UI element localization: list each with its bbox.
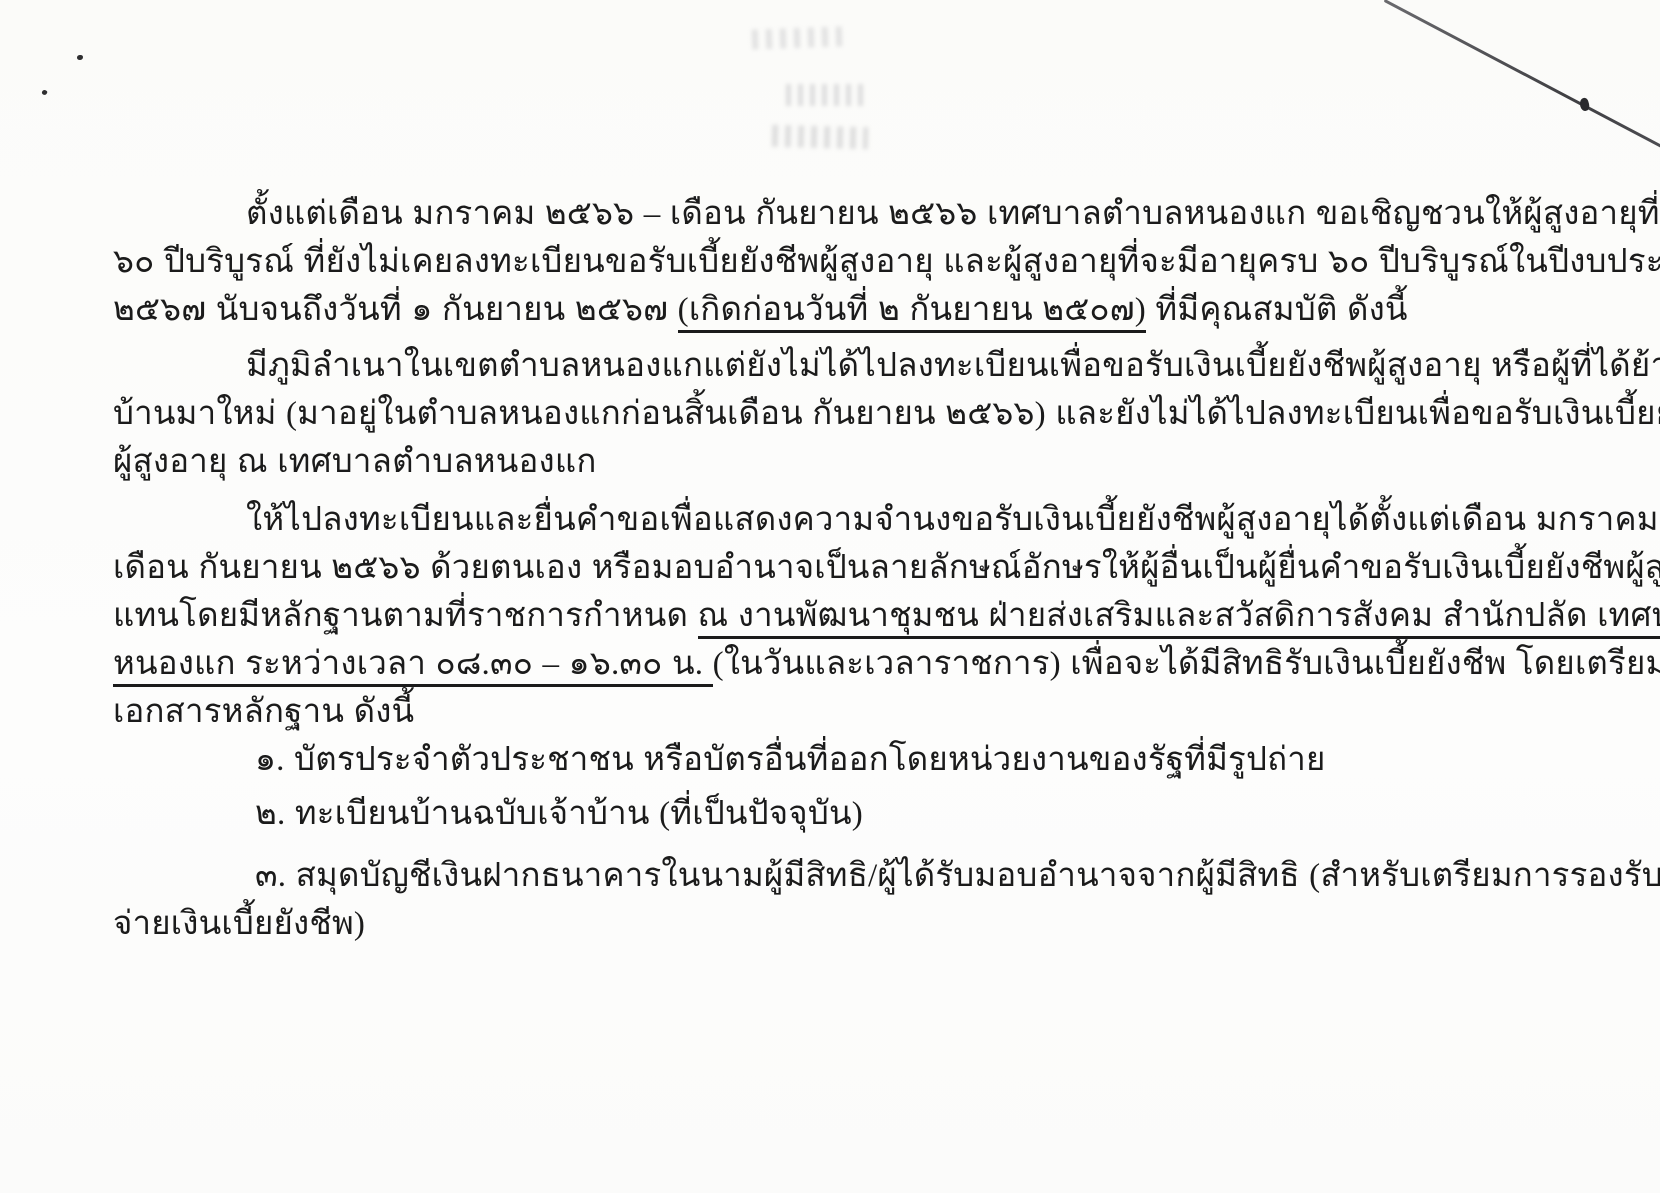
required-document-item-3-continued: จ่ายเงินเบี้ยยังชีพ) [113, 900, 1585, 948]
paragraph1-line3-pre: ๒๕๖๗ นับจนถึงวันที่ ๑ กันยายน ๒๕๖๗ [113, 292, 678, 328]
paragraph2-line3: ผู้สูงอายุ ณ เทศบาลตำบลหนองแก [113, 438, 1585, 486]
paragraph3-line5: เอกสารหลักฐาน ดังนี้ [113, 688, 1585, 736]
bleedthrough-smudge [752, 26, 843, 49]
paragraph2-line2: บ้านมาใหม่ (มาอยู่ในตำบลหนองแกก่อนสิ้นเด… [113, 390, 1585, 438]
bleedthrough-smudge [772, 125, 869, 150]
paragraph1-line1: ตั้งแต่เดือน มกราคม ๒๕๖๖ – เดือน กันยายน… [113, 190, 1585, 238]
paragraph1-line3-post: ที่มีคุณสมบัติ ดังนี้ [1146, 292, 1408, 328]
paragraph3-line3-pre: แทนโดยมีหลักฐานตามที่ราชการกำหนด [113, 598, 698, 634]
paragraph1-line2: ๖๐ ปีบริบูรณ์ ที่ยังไม่เคยลงทะเบียนขอรับ… [113, 238, 1585, 286]
scan-crease-line [1384, 0, 1660, 179]
paragraph3-line4-post: (ในวันและเวลาราชการ) เพื่อจะได้มีสิทธิรั… [713, 646, 1660, 682]
scan-speck [77, 55, 83, 60]
birthdate-condition-underlined: (เกิดก่อนวันที่ ๒ กันยายน ๒๕๐๗) [678, 292, 1146, 333]
paragraph3-line3: แทนโดยมีหลักฐานตามที่ราชการกำหนด ณ งานพั… [113, 592, 1585, 640]
registration-hours-underlined: หนองแก ระหว่างเวลา ๐๘.๓๐ – ๑๖.๓๐ น. [113, 646, 713, 687]
registration-location-underlined: ณ งานพัฒนาชุมชน ฝ่ายส่งเสริมและสวัสดิการ… [698, 598, 1660, 639]
paragraph3-line1: ให้ไปลงทะเบียนและยื่นคำขอเพื่อแสดงความจำ… [113, 496, 1585, 544]
required-document-item-3: ๓. สมุดบัญชีเงินฝากธนาคารในนามผู้มีสิทธิ… [113, 852, 1585, 900]
document-page: ตั้งแต่เดือน มกราคม ๒๕๖๖ – เดือน กันยายน… [0, 0, 1660, 1193]
required-document-item-1: ๑. บัตรประจำตัวประชาชน หรือบัตรอื่นที่ออ… [113, 736, 1585, 784]
bleedthrough-smudge [786, 84, 866, 106]
announcement-body: ตั้งแต่เดือน มกราคม ๒๕๖๖ – เดือน กันยายน… [113, 190, 1585, 948]
paragraph3-line4: หนองแก ระหว่างเวลา ๐๘.๓๐ – ๑๖.๓๐ น. (ในว… [113, 640, 1585, 688]
scan-speck [41, 89, 48, 96]
required-document-item-2: ๒. ทะเบียนบ้านฉบับเจ้าบ้าน (ที่เป็นปัจจุ… [113, 790, 1585, 838]
paragraph2-line1: มีภูมิลำเนาในเขตตำบลหนองแกแต่ยังไม่ได้ไป… [113, 342, 1585, 390]
paragraph3-line2: เดือน กันยายน ๒๕๖๖ ด้วยตนเอง หรือมอบอำนา… [113, 544, 1585, 592]
paragraph1-line3: ๒๕๖๗ นับจนถึงวันที่ ๑ กันยายน ๒๕๖๗ (เกิด… [113, 286, 1585, 334]
